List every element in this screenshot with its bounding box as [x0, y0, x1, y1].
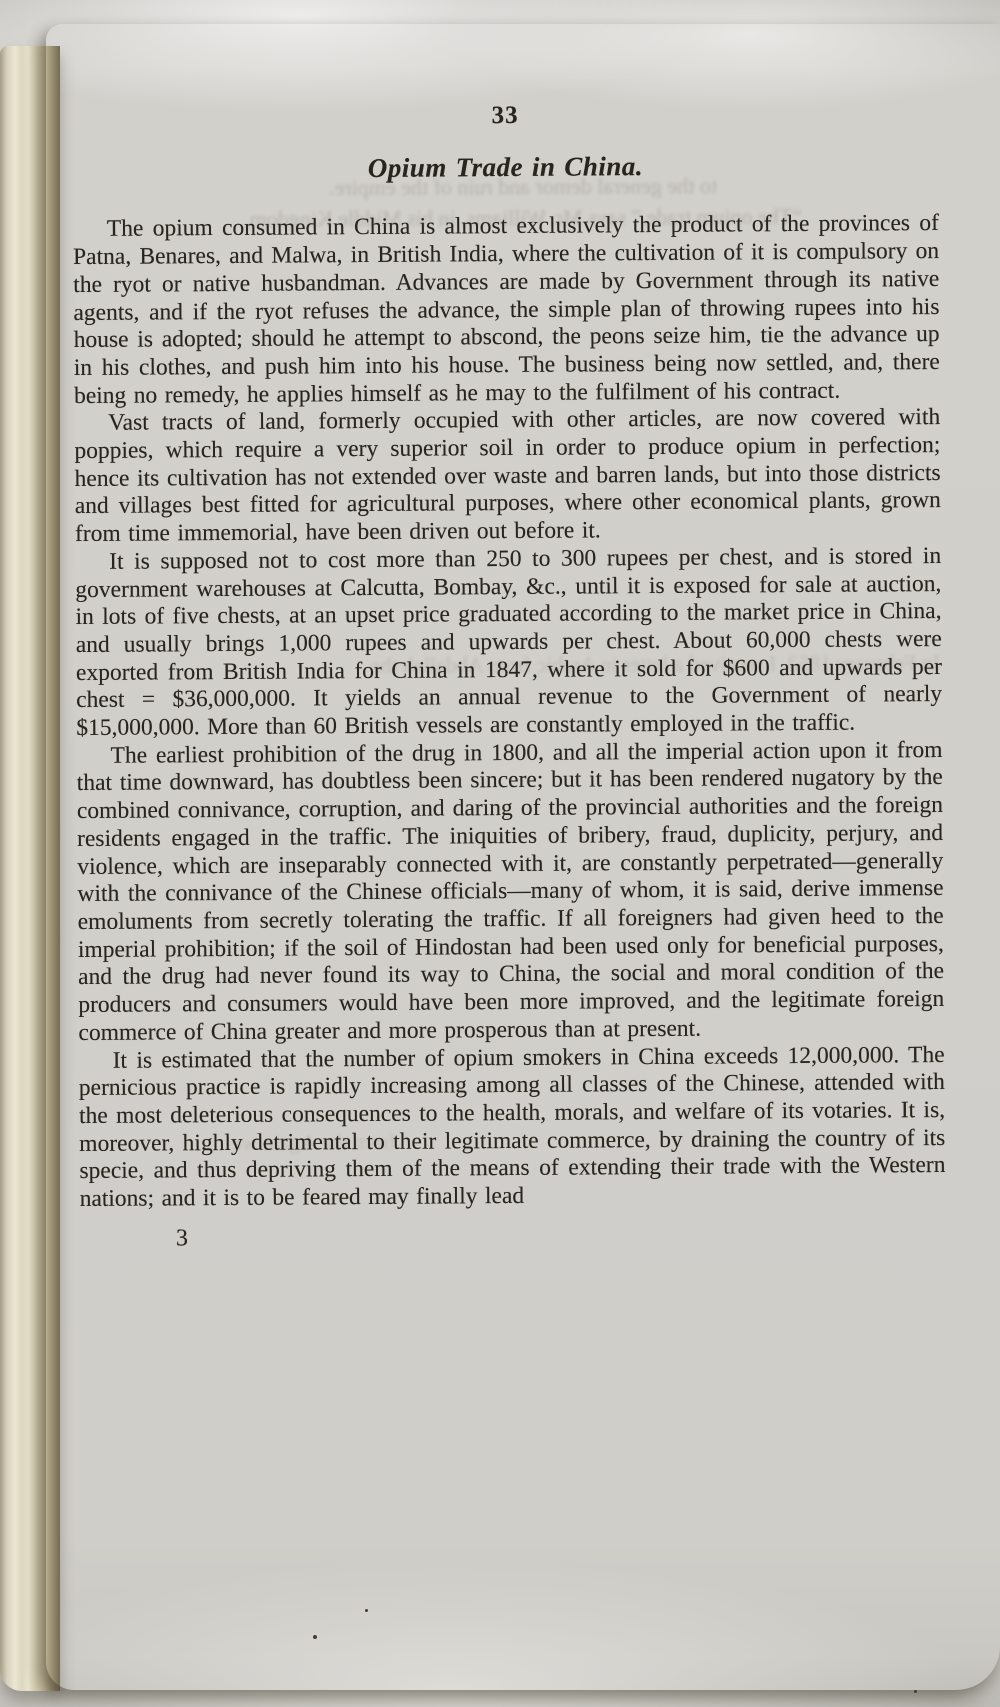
paper-speck	[313, 1635, 317, 1639]
book-page: to the general demor and ruin of the emp…	[46, 24, 1000, 1690]
paragraph: It is estimated that the number of opium…	[79, 1041, 946, 1213]
paragraph: The earliest prohibition of the drug in …	[76, 737, 944, 1048]
page-number: 33	[72, 99, 938, 133]
paper-speck	[914, 1690, 917, 1693]
paragraph: Vast tracts of land, formerly occupied w…	[74, 404, 941, 549]
page-title: Opium Trade in China.	[72, 151, 938, 185]
photo-background: to the general demor and ruin of the emp…	[0, 0, 1000, 1707]
paper-speck	[365, 1609, 368, 1612]
signature-mark: 3	[176, 1220, 946, 1253]
paragraph: It is supposed not to cost more than 250…	[75, 543, 942, 743]
page-text-block: 33 Opium Trade in China. The opium consu…	[72, 99, 946, 1253]
paragraph: The opium consumed in China is almost ex…	[73, 210, 940, 410]
